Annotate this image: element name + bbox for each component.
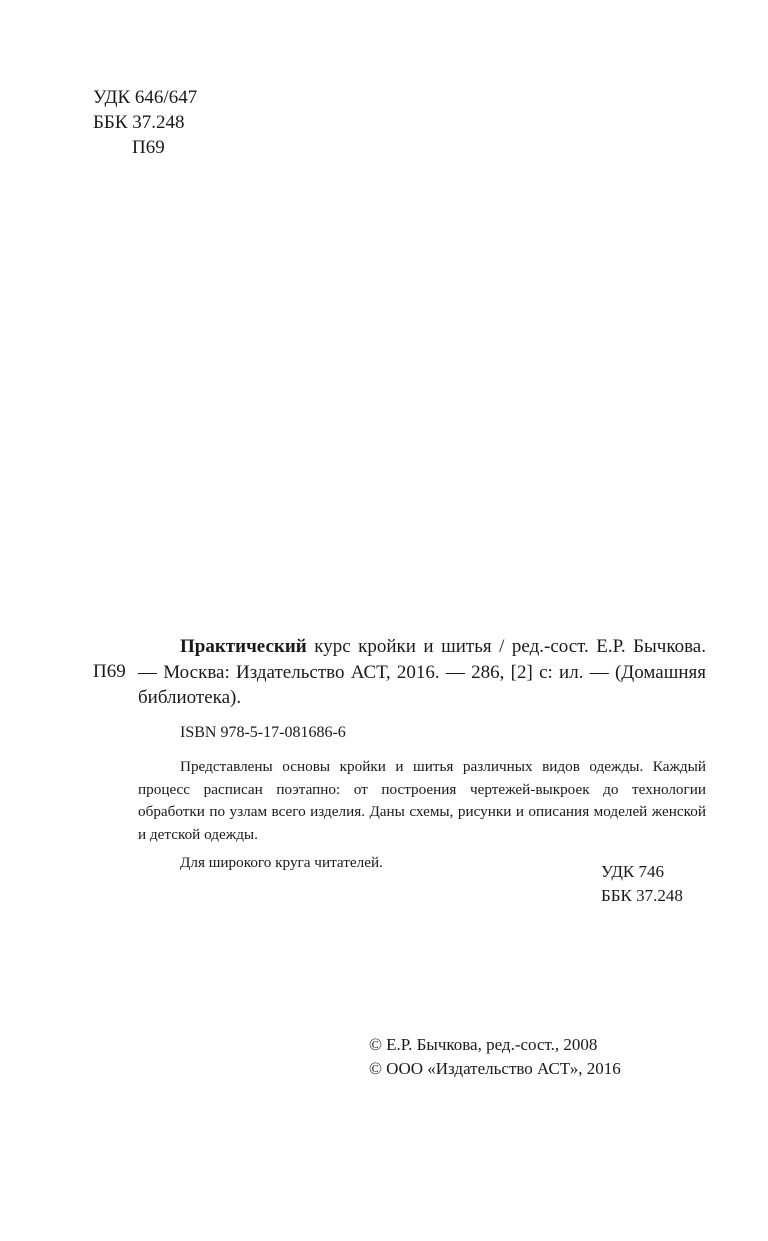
bibliographic-description: Практический курс кройки и шитья / ред.-… (138, 634, 706, 711)
author-mark: П69 (93, 135, 197, 160)
bibliographic-record: Практический курс кройки и шитья / ред.-… (138, 634, 706, 711)
copyright-author: © Е.Р. Бычкова, ред.-сост., 2008 (369, 1033, 621, 1057)
header-classification-codes: УДК 646/647 ББК 37.248 П69 (93, 85, 197, 160)
annotation: Представлены основы кройки и шитья разли… (138, 756, 706, 875)
isbn: ISBN 978-5-17-081686-6 (180, 722, 346, 744)
bbk-code-bottom: ББК 37.248 (601, 884, 683, 908)
copyright-publisher: © ООО «Издательство АСТ», 2016 (369, 1057, 621, 1081)
book-title-bold: Практический (180, 636, 307, 657)
margin-author-mark: П69 (93, 659, 126, 684)
udk-code-bottom: УДК 746 (601, 860, 683, 884)
udk-code: УДК 646/647 (93, 85, 197, 110)
annotation-summary: Представлены основы кройки и шитья разли… (138, 756, 706, 846)
bbk-code: ББК 37.248 (93, 110, 197, 135)
copyright-block: © Е.Р. Бычкова, ред.-сост., 2008 © ООО «… (369, 1033, 621, 1081)
classification-codes: УДК 746 ББК 37.248 (601, 860, 683, 908)
